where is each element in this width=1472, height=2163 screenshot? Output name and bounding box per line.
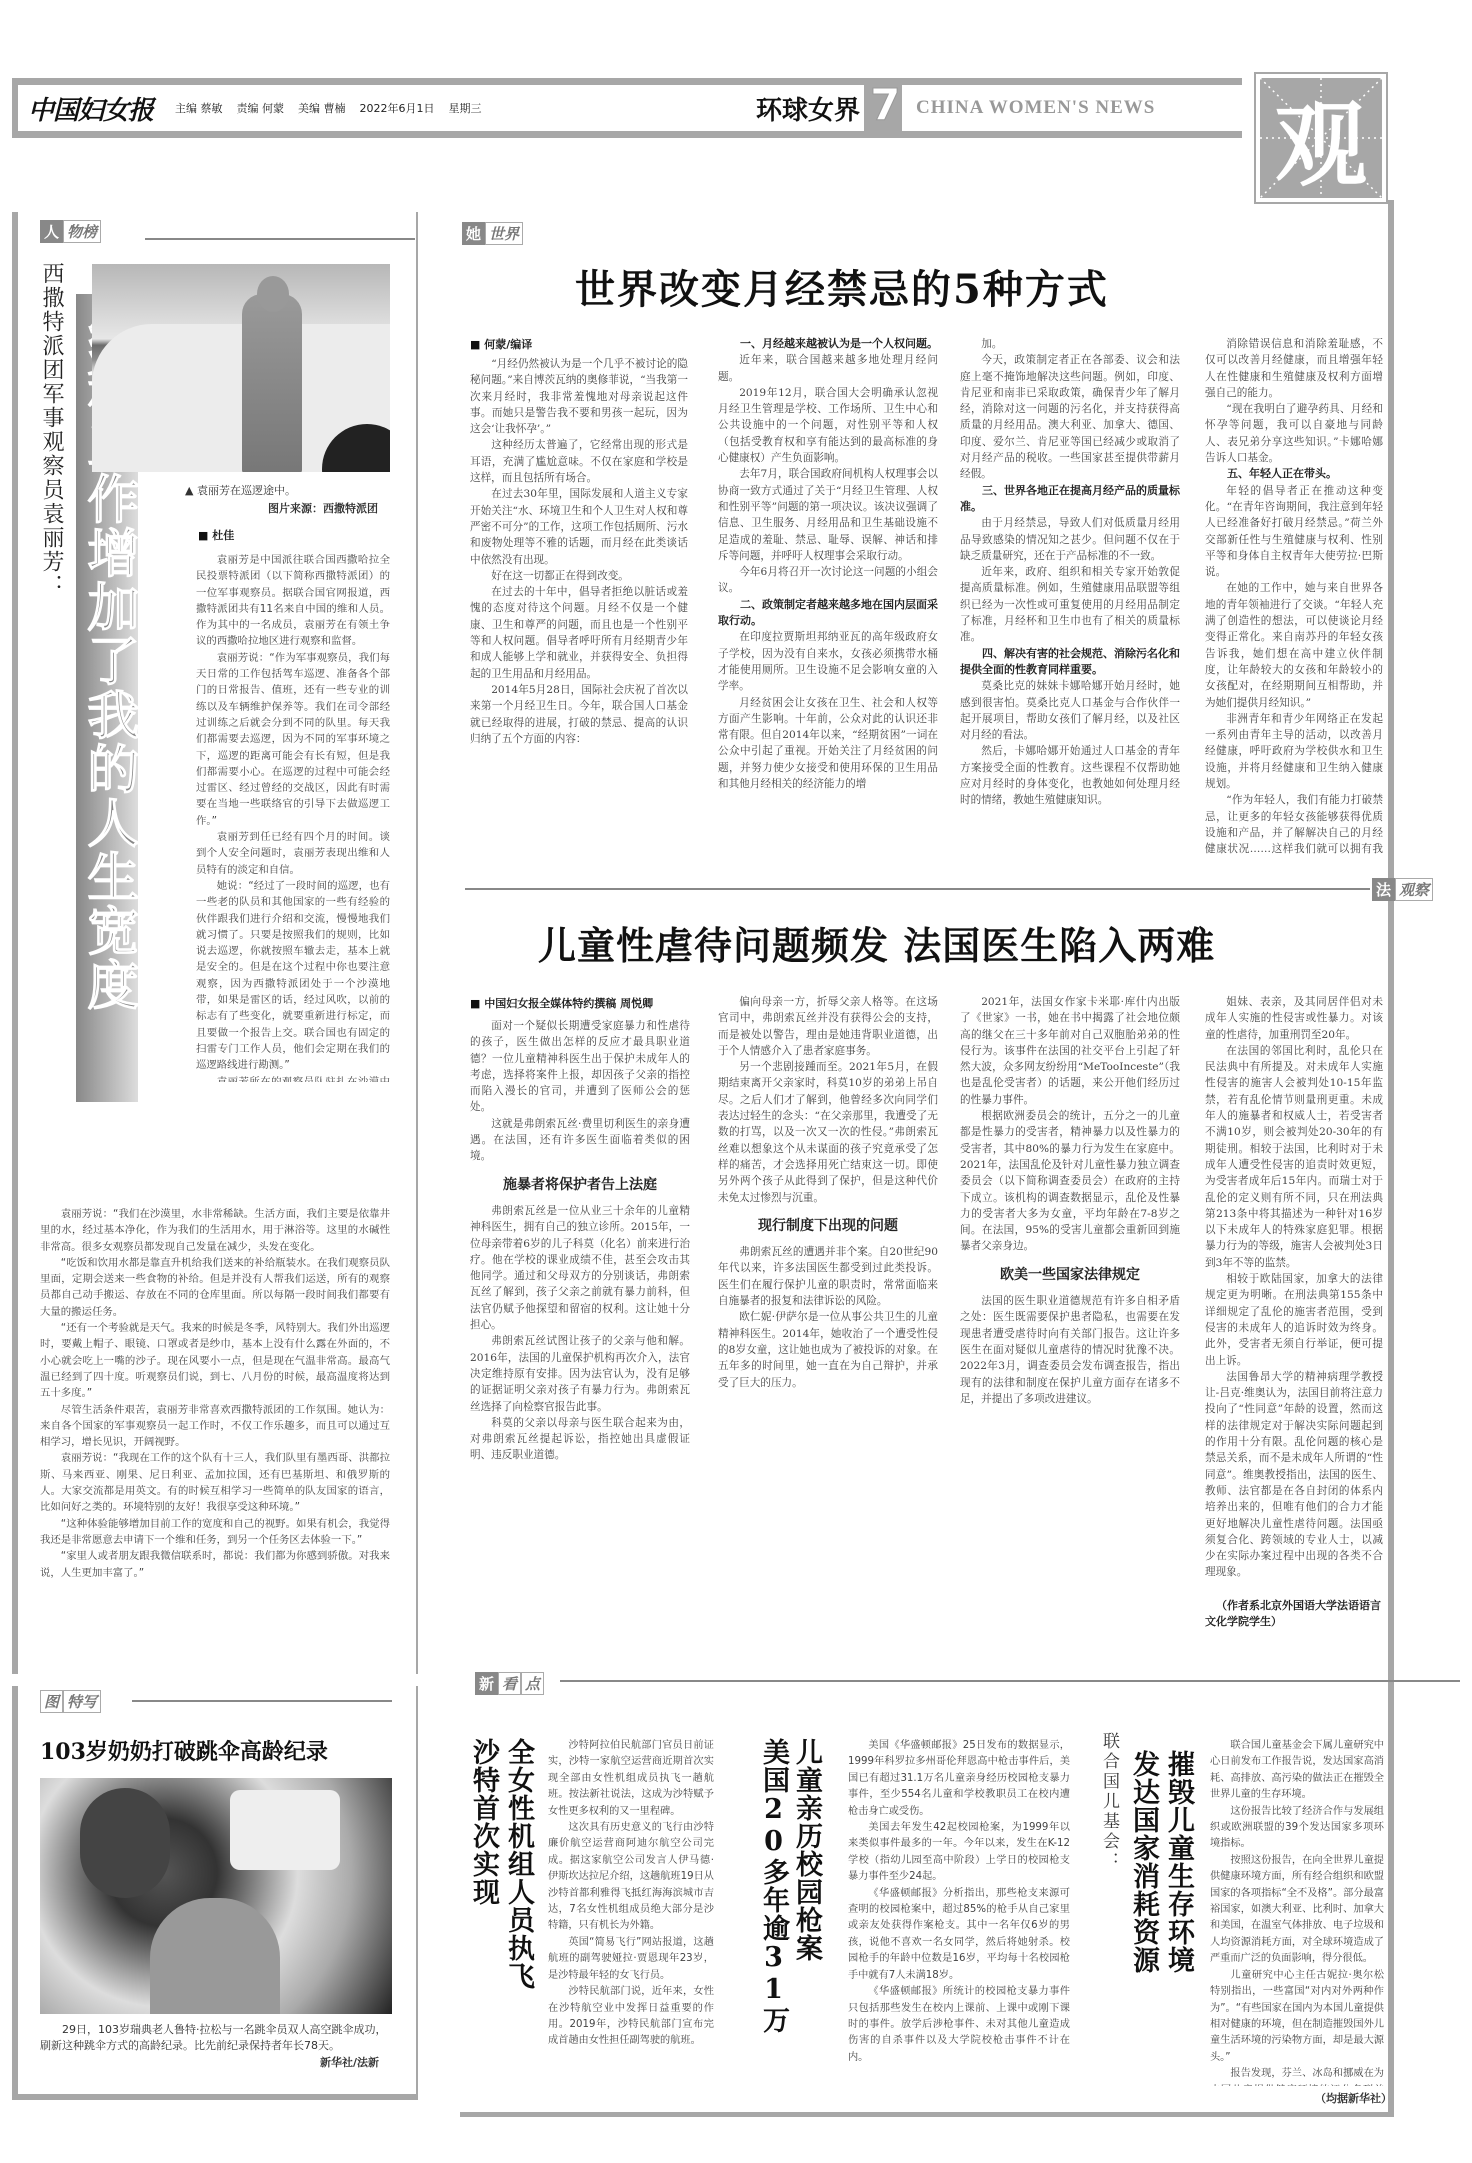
brief3-kicker: 联合国儿基会： [1100, 1732, 1117, 1872]
paragraph: 加。 [960, 336, 1180, 352]
brief1-title-line1: 全女性机组人员执飞 [505, 1738, 532, 1990]
paragraph: 袁丽芳所在的观察员队驻扎在沙漠中间，远离城市，艰苦的生活条件对习惯了现代生活方式… [196, 1074, 390, 1083]
brief3-title-line1: 摧毁儿童生存环境 [1165, 1750, 1192, 1974]
paragraph: “家里人或者朋友跟我微信联系时，都说：我们都为你感到骄傲。对我来说，人生更加丰富… [40, 1548, 390, 1581]
page-number: 7 [870, 80, 901, 131]
profile-body-narrow: 袁丽芳是中国派往联合国西撒哈拉全民投票特派团（以下简称西撒特派团）的一位军事观察… [196, 552, 390, 1082]
paragraph: 弗朗索瓦丝试图让孩子的父亲与他和解。2016年，法国的儿童保护机构再次介入，法官… [470, 1333, 690, 1414]
issue-weekday: 星期三 [449, 100, 482, 116]
paragraph: 好在这一切都正在得到改变。 [470, 568, 688, 584]
paragraph: 欧仁妮·伊萨尔是一位从事公共卫生的儿童精神科医生。2014年，她收治了一个遭受性… [718, 1309, 938, 1390]
paragraph: 在她的工作中，她与来自世界各地的青年领袖进行了交谈。“年轻人充满了创造性的想法，… [1205, 580, 1383, 710]
section-heading: 五、年轻人正在带头。 [1205, 466, 1383, 482]
paragraph: 偏向母亲一方，折辱父亲人格等。在这场官司中，弗朗索瓦丝并没有获得公会的支持，而是… [718, 994, 938, 1059]
paragraph: 联合国儿童基金会下属儿童研究中心日前发布工作报告说，发达国家高消耗、高排放、高污… [1210, 1738, 1384, 1804]
paragraph: 法国的医生职业道德规范有许多自相矛盾之处：医生既需要保护患者隐私，也需要在发现患… [960, 1293, 1180, 1407]
profile-byline: 杜佳 [198, 527, 234, 543]
paragraph: 在过去的十年中，倡导者拒绝以脏话或羞愧的态度对待这个问题。月经不仅是一个健康、卫… [470, 584, 688, 682]
paragraph: “还有一个考验就是天气。我来的时候是冬季，风特别大。我们外出巡逻时，要戴上帽子、… [40, 1320, 390, 1401]
paragraph: 袁丽芳是中国派往联合国西撒哈拉全民投票特派团（以下简称西撒特派团）的一位军事观察… [196, 552, 390, 650]
paragraph: 由于月经禁忌，导致人们对低质量月经用品导致感染的情况知之甚少。但问题不仅在于缺乏… [960, 515, 1180, 564]
profile-photo-credit: 图片来源：西撒特派团 [268, 500, 378, 516]
paragraph: 2021年，法国女作家卡米耶·库什内出版了《世家》一书，她在书中揭露了社会地位颇… [960, 994, 1180, 1108]
column-char: 观 [1260, 78, 1382, 198]
paragraph: 这次具有历史意义的飞行由沙特廉价航空运营商阿迪尔航空公司完成。据这家航空公司发言… [548, 1820, 714, 1935]
article2-title: 儿童性虐待问题频发 法国医生陷入两难 [538, 915, 1215, 970]
chief-editor: 主编 蔡敏 [175, 100, 223, 116]
article1-column-1: “月经仍然被认为是一个几乎不被讨论的隐秘问题。”来自博茨瓦纳的奥修菲说，“当我第… [470, 356, 688, 856]
bottom-border [460, 2112, 1394, 2117]
paragraph: 这种经历太普遍了，它经常出现的形式是耳语，充满了尴尬意味。不仅在家庭和学校是这样… [470, 437, 688, 486]
newspaper-logo: 中国妇女报 [28, 90, 153, 127]
masthead-left: 中国妇女报 主编 蔡敏 责编 何蒙 美编 曹楠 2022年6月1日 星期三 [18, 85, 752, 131]
profile-body-wide: 袁丽芳说：“我们在沙漠里，水非常稀缺。生活方面，我们主要是依靠井里的水，经过基本… [40, 1206, 390, 1664]
paragraph: 她说：“经过了一段时间的巡逻，也有一些老的队员和其他国家的一些有经验的伙伴跟我们… [196, 878, 390, 1074]
paragraph: 莫桑比克的妹妹卡娜哈娜开始月经时，她感到很害怕。莫桑比克人口基金与合作伙伴一起开… [960, 678, 1180, 743]
paragraph: 去年7月，联合国政府间机构人权理事会以协商一致方式通过了关于“月经卫生管理、人权… [718, 466, 938, 564]
section-heading: 三、世界各地正在提高月经产品的质量标准。 [960, 483, 1180, 516]
paragraph: “现在我明白了避孕药具、月经和怀孕等问题，我可以自豪地与同龄人、表兄弟分享这些知… [1205, 401, 1383, 466]
paragraph: 报告发现，芬兰、冰岛和挪威在为本国儿童提供健康环境的评分名列前三，对世界儿童环境… [1210, 2066, 1384, 2086]
issue-date: 2022年6月1日 [360, 100, 435, 116]
paragraph: 在过去30年里，国际发展和人道主义专家开始关注“水、环境卫生和个人卫生对人权和尊… [470, 486, 688, 567]
section-heading: 二、政策制定者越来越多地在国内层面采取行动。 [718, 597, 938, 630]
masthead: 中国妇女报 主编 蔡敏 责编 何蒙 美编 曹楠 2022年6月1日 星期三 环球… [12, 78, 1242, 138]
paragraph: 近年来，政府、组织和相关专家开始敦促提高质量标准。例如，生殖健康用品联盟等组织已… [960, 564, 1180, 645]
paragraph: 姐妹、表亲，及其同居伴侣对未成年人实施的性侵害或性暴力。对该童的性虐待，加重刑罚… [1205, 994, 1383, 1043]
paragraph: 非洲青年和青少年网络正在发起一系列由青年主导的活动，以改善月经健康，呼吁政府为学… [1205, 711, 1383, 792]
paragraph: 弗朗索瓦丝是一位从业三十余年的儿童精神科医生，拥有自己的独立诊所。2015年，一… [470, 1203, 690, 1333]
paragraph: 另一个悲剧接踵而至。2021年5月，在假期结束离开父亲家时，科莫10岁的弟弟上吊… [718, 1059, 938, 1206]
subheading: 施暴者将保护者告上法庭 [470, 1177, 690, 1193]
column-char-box: 观 [1256, 74, 1386, 202]
brief3-credit: （均据新华社） [1315, 2090, 1392, 2106]
article2-column-4: 姐妹、表亲，及其同居伴侣对未成年人实施的性侵害或性暴力。对该童的性虐待，加重刑罚… [1205, 994, 1383, 1592]
english-name: CHINA WOMEN'S NEWS [902, 85, 1242, 131]
feature-rule [132, 1700, 392, 1702]
paragraph: “月经仍然被认为是一个几乎不被讨论的隐秘问题。”来自博茨瓦纳的奥修菲说，“当我第… [470, 356, 688, 437]
article1-title: 世界改变月经禁忌的5种方式 [575, 258, 1109, 315]
paragraph: 袁丽芳说：“我们在沙漠里，水非常稀缺。生活方面，我们主要是依靠井里的水，经过基本… [40, 1206, 390, 1255]
briefs-tag: 新 看 点 [475, 1672, 544, 1695]
profile-photo-caption: ▲ 袁丽芳在巡逻途中。 [185, 482, 296, 498]
paragraph: 相较于欧陆国家，加拿大的法律规定更为明晰。在刑法典第155条中详细规定了乱伦的施… [1205, 1271, 1383, 1369]
feature-photo [40, 1778, 392, 2014]
article2-byline: 中国妇女报全媒体特约撰稿 周悦卿 [470, 995, 653, 1011]
section-name: 环球女界 [752, 85, 864, 131]
paragraph: 法国鲁昂大学的精神病理学教授让-吕克·维奥认为，法国目前将注意力投向了“性同意”… [1205, 1369, 1383, 1581]
paragraph: 美国去年发生42起校园枪案，为1999年以来类似事件最多的一年。今年以来，发生在… [848, 1820, 1070, 1886]
paragraph: 《华盛顿邮报》所统计的校园枪支暴力事件只包括那些发生在校内上课前、上课中或刚下课… [848, 1984, 1070, 2066]
article2-author-note: （作者系北京外国语大学法语语言文化学院学生） [1205, 1598, 1383, 1630]
paragraph: 今天，政策制定者正在各部委、议会和法庭上毫不掩饰地解决这些问题。例如，印度、肯尼… [960, 352, 1180, 482]
paragraph: 英国“简易飞行”网站报道，这趟航班的副驾驶娅拉·贾恩现年23岁，是沙特最年轻的女… [548, 1935, 714, 1984]
feature-credit: 新华社/法新 [320, 2054, 379, 2070]
paragraph: “这种体验能够增加目前工作的宽度和自己的视野。如果有机会，我觉得我还是非常愿意去… [40, 1516, 390, 1549]
paragraph: “吃饭和饮用水都是靠直升机给我们送来的补给瓶装水。在我们观察员队里面，定期会送来… [40, 1255, 390, 1320]
section-heading: 一、月经越来越被认为是一个人权问题。 [718, 336, 938, 352]
paragraph: 袁丽芳到任已经有四个月的时间。谈到个人安全问题时，袁丽芳表现出维和人员特有的淡定… [196, 829, 390, 878]
paragraph: 2014年5月28日，国际社会庆祝了首次以来第一个月经卫生日。今年，联合国人口基… [470, 682, 688, 747]
paragraph: 在法国的邻国比利时，乱伦只在民法典中有所提及。对未成年人实施性侵害的施害人会被判… [1205, 1043, 1383, 1271]
paragraph: 月经贫困会让女孩在卫生、社会和人权等方面产生影响。十年前，公众对此的认识还非常有… [718, 695, 938, 793]
article1-column-3: 加。今天，政策制定者正在各部委、议会和法庭上毫不掩饰地解决这些问题。例如，印度、… [960, 336, 1180, 856]
brief3-title-line2: 发达国家消耗资源 [1130, 1750, 1157, 1974]
paragraph: 按照这份报告，在向全世界儿童提供健康环境方面，所有经合组织和欧盟国家的各项指标“… [1210, 1853, 1384, 1968]
paragraph: 这就是弗朗索瓦丝·费里切利医生的亲身遭遇。在法国，还有许多医生面临着类似的困境。 [470, 1116, 690, 1165]
article2-tag: 法 观察 [1372, 878, 1433, 901]
article2-column-3: 2021年，法国女作家卡米耶·库什内出版了《世家》一书，她在书中揭露了社会地位颇… [960, 994, 1180, 1628]
paragraph: 沙特民航部门说，近年来，女性在沙特航空业中发挥日益重要的作用。2019年，沙特民… [548, 1984, 714, 2050]
paragraph: 今年6月将召开一次讨论这一问题的小组会议。 [718, 564, 938, 597]
paragraph: 2019年12月，联合国大会明确承认忽视月经卫生管理是学校、工作场所、卫生中心和… [718, 385, 938, 466]
paragraph: 然后，卡娜哈娜开始通过人口基金的青年方案接受全面的性教育。这些课程不仅帮助她应对… [960, 743, 1180, 808]
subheading: 欧美一些国家法律规定 [960, 1267, 1180, 1283]
feature-title: 103岁奶奶打破跳伞高龄纪录 [40, 1735, 328, 1766]
paragraph: 《华盛顿邮报》分析指出，那些枪支来源可查明的校园枪案中，超过85%的枪手从自己家… [848, 1886, 1070, 1984]
feature-tag: 图 特写 [40, 1690, 101, 1713]
brief2-title-line1: 儿童亲历校园枪案 [793, 1738, 820, 1962]
paragraph: “作为年轻人，我们有能力打破禁忌，让更多的年轻女孩能够获得优质设施和产品，并了解… [1205, 792, 1383, 856]
right-border [1388, 200, 1394, 2115]
paragraph: 根据欧洲委员会的统计，五分之一的儿童都是性暴力的受害者，精神暴力以及性暴力的受害… [960, 1108, 1180, 1255]
paragraph: 袁丽芳说：“我现在工作的这个队有十三人，我们队里有墨西哥、洪都拉斯、马来西亚、刚… [40, 1450, 390, 1515]
masthead-meta: 主编 蔡敏 责编 何蒙 美编 曹楠 2022年6月1日 星期三 [175, 100, 482, 116]
paragraph: 科莫的父亲以母亲与医生联合起来为由，对弗朗索瓦丝提起诉讼，指控她出具虚假证明、违… [470, 1415, 690, 1464]
paragraph: 这份报告比较了经济合作与发展组织或欧洲联盟的39个发达国家多项环境指标。 [1210, 1804, 1384, 1853]
paragraph: 沙特阿拉伯民航部门官员日前证实，沙特一家航空运营商近期首次实现全部由女性机组成员… [548, 1738, 714, 1820]
responsible-editor: 责编 何蒙 [237, 100, 285, 116]
paragraph: 年轻的倡导者正在推动这种变化。“在青年咨询期间，我注意到年轻人已经准备好打破月经… [1205, 483, 1383, 581]
article1-tag: 她 世界 [462, 222, 523, 245]
article2-column-1: 面对一个疑似长期遭受家庭暴力和性虐待的孩子，医生做出怎样的反应才最具职业道德？一… [470, 1018, 690, 1628]
profile-tag: 人 物榜 [40, 220, 101, 243]
subheading: 现行制度下出现的问题 [718, 1218, 938, 1234]
feature-caption: 29日，103岁瑞典老人鲁特·拉松与一名跳伞员双人高空跳伞成功，刷新这种跳伞方式… [40, 2022, 392, 2054]
article2-column-2: 偏向母亲一方，折辱父亲人格等。在这场官司中，弗朗索瓦丝并没有获得公会的支持，而是… [718, 994, 938, 1628]
paragraph: 面对一个疑似长期遭受家庭暴力和性虐待的孩子，医生做出怎样的反应才最具职业道德？一… [470, 1018, 690, 1116]
brief3-body: 联合国儿童基金会下属儿童研究中心日前发布工作报告说，发达国家高消耗、高排放、高污… [1210, 1738, 1384, 2086]
section-heading: 四、解决有害的社会规范、消除污名化和提供全面的性教育同样重要。 [960, 646, 1180, 679]
brief2-title-line2: 美国20多年逾31万 [760, 1738, 787, 2034]
paragraph: 袁丽芳说：“作为军事观察员，我们每天日常的工作包括驾车巡逻、准备各个部门的日常报… [196, 650, 390, 829]
paragraph: 美国《华盛顿邮报》25日发布的数据显示，1999年科罗拉多州哥伦拜恩高中枪击事件… [848, 1738, 1070, 1820]
paragraph: 消除错误信息和消除羞耻感，不仅可以改善月经健康，而且增强年轻人在性健康和生殖健康… [1205, 336, 1383, 401]
brief1-title-line2: 沙特首次实现 [470, 1738, 497, 1906]
paragraph: 近年来，联合国越来越多地处理月经问题。 [718, 352, 938, 385]
art-editor: 美编 曹楠 [298, 100, 346, 116]
brief1-body: 沙特阿拉伯民航部门官员日前证实，沙特一家航空运营商近期首次实现全部由女性机组成员… [548, 1738, 714, 2118]
article1-column-4: 消除错误信息和消除羞耻感，不仅可以改善月经健康，而且增强年轻人在性健康和生殖健康… [1205, 336, 1383, 856]
paragraph: 弗朗索瓦丝的遭遇并非个案。自20世纪90年代以来，许多法国医生都受到过此类投诉。… [718, 1244, 938, 1309]
brief2-body: 美国《华盛顿邮报》25日发布的数据显示，1999年科罗拉多州哥伦拜恩高中枪击事件… [848, 1738, 1070, 2118]
article1-column-2: 一、月经越来越被认为是一个人权问题。近年来，联合国越来越多地处理月经问题。201… [718, 336, 938, 856]
paragraph: 尽管生活条件艰苦，袁丽芳非常喜欢西撒特派团的工作氛围。她认为：来自各个国家的军事… [40, 1402, 390, 1451]
profile-photo [92, 264, 390, 472]
article2-top-rule [465, 888, 1370, 890]
article1-byline: 何蒙/编译 [470, 336, 532, 352]
paragraph: 在印度拉贾斯坦邦纳亚瓦的高年级政府女子学校，因为没有自来水，女孩必须携带水桶才能… [718, 629, 938, 694]
paragraph: 儿童研究中心主任古妮拉·奥尔松特别指出，一些富国“对内对外两种作为”。“有些国家… [1210, 1968, 1384, 2066]
profile-rule [145, 238, 415, 240]
profile-subtitle: 西撒特派团军事观察员袁丽芳： [36, 262, 67, 598]
